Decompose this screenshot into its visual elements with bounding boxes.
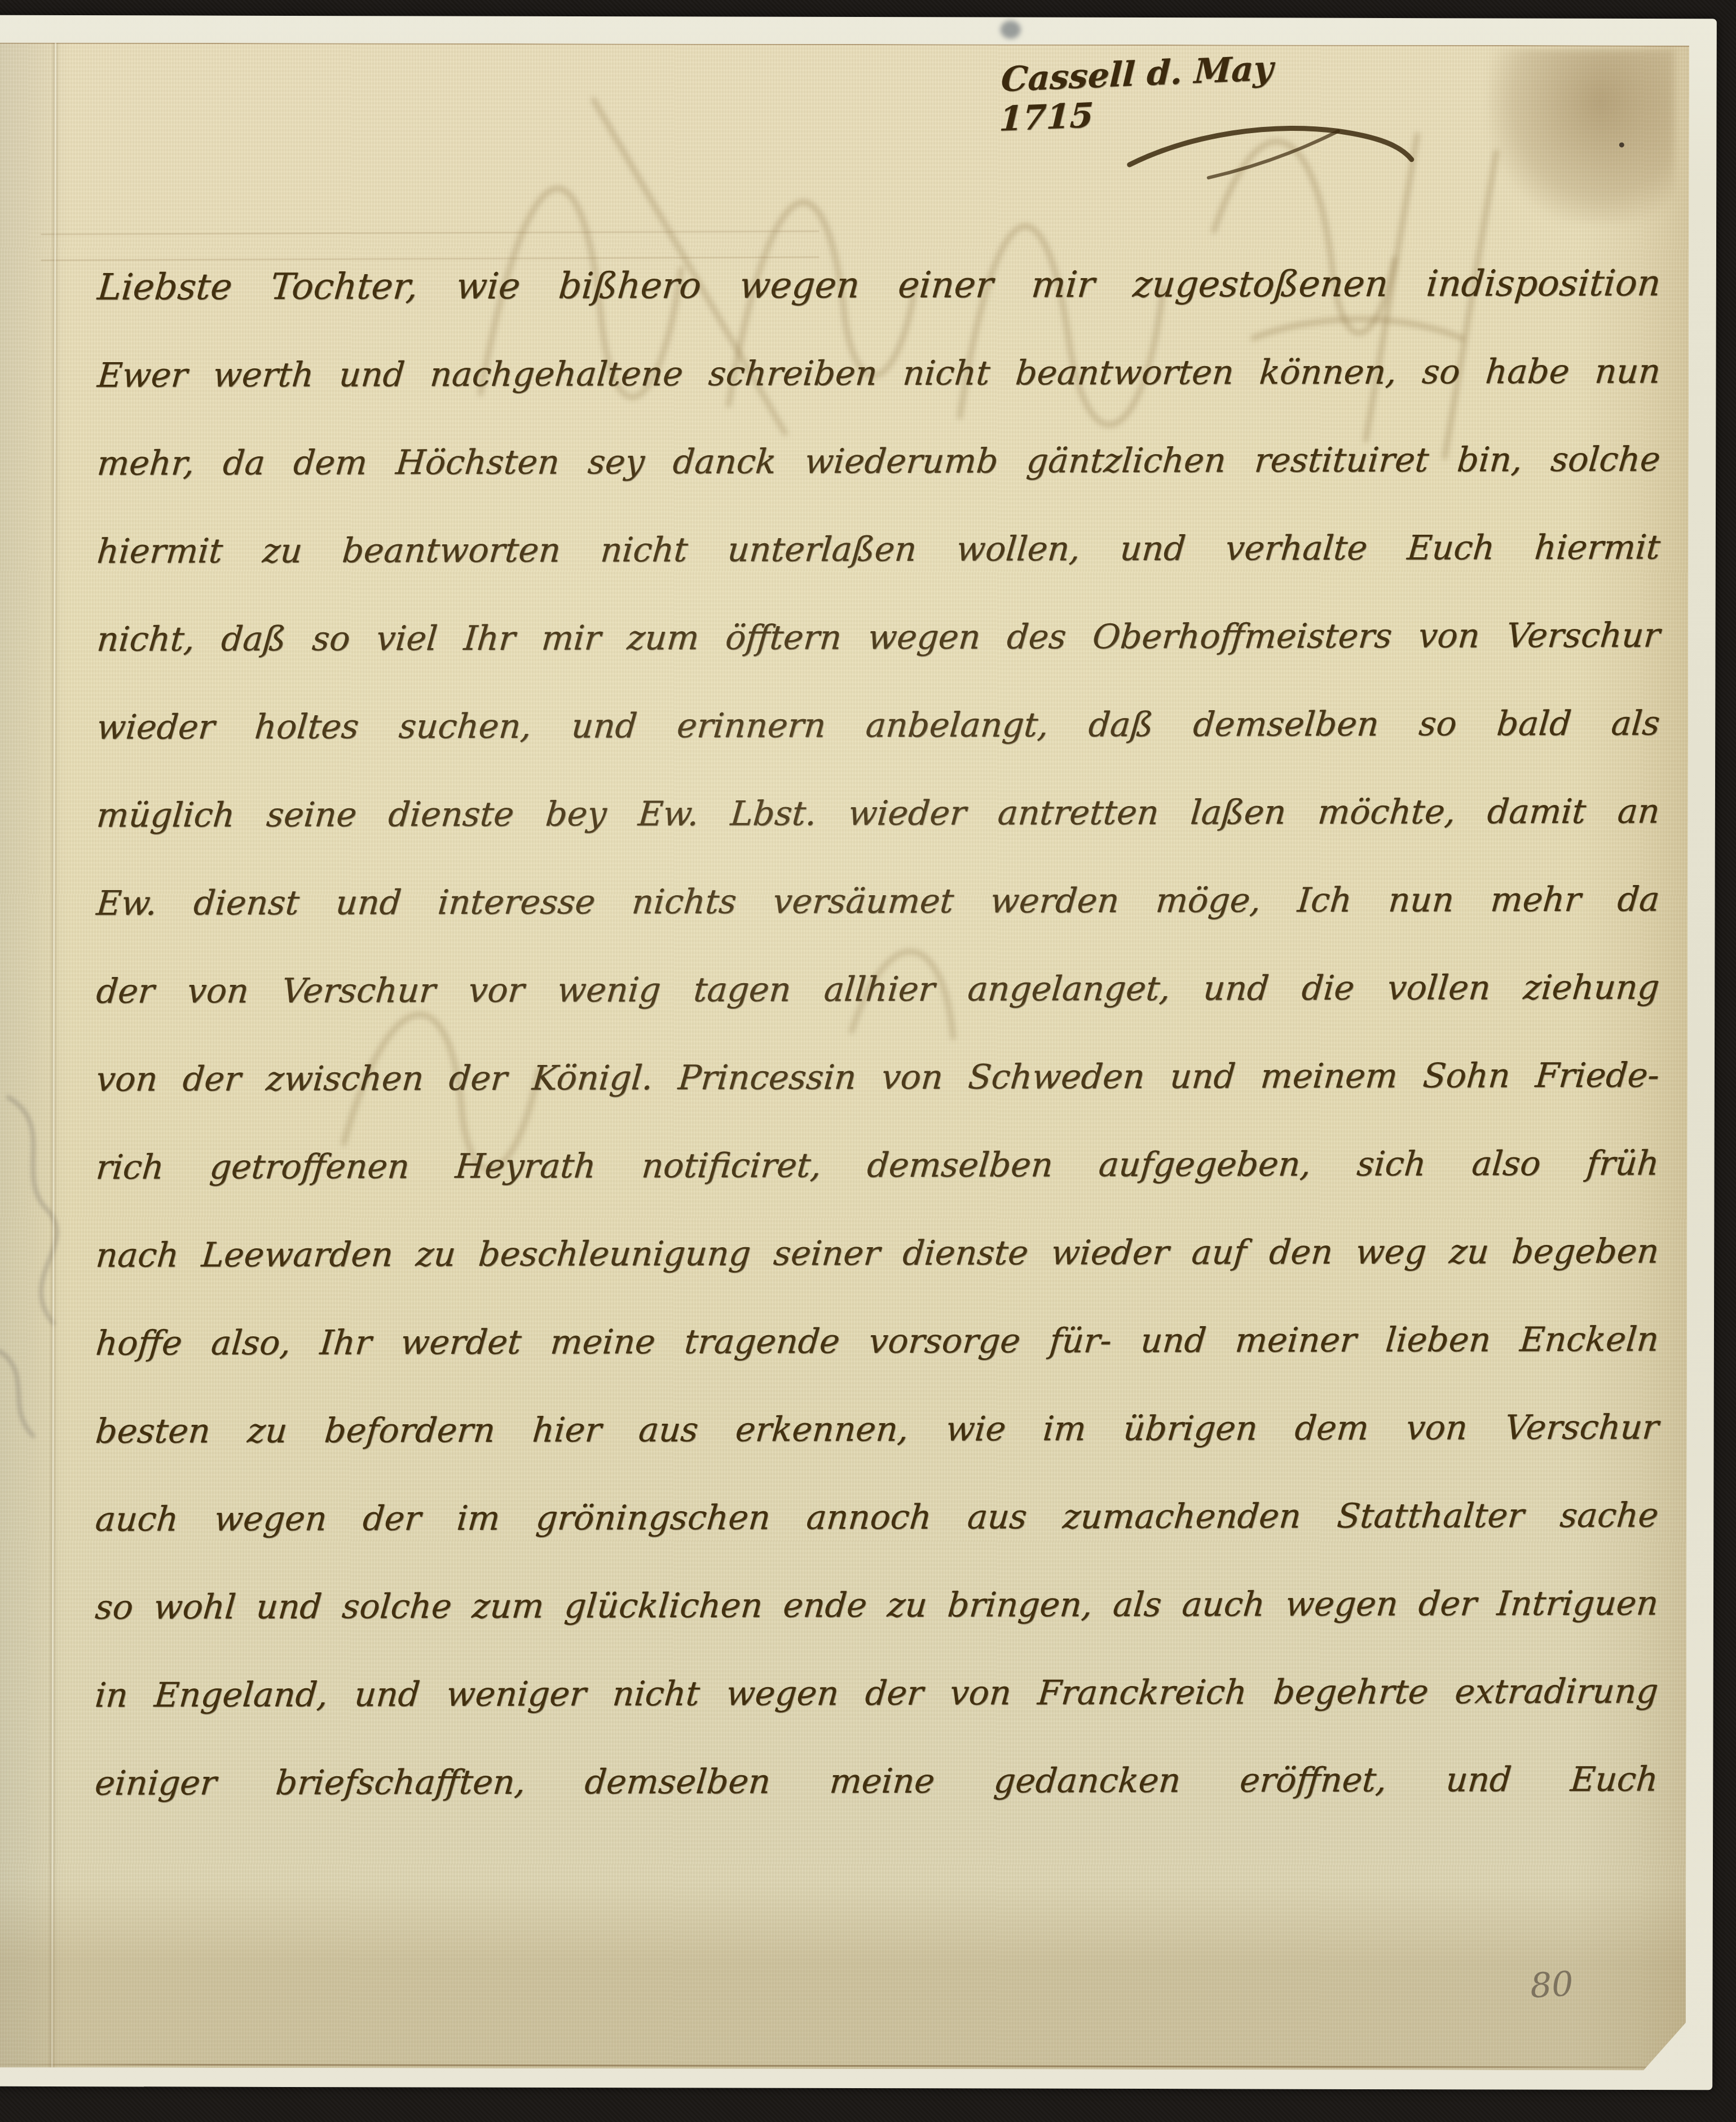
manuscript-line: müglich seine dienste bey Ew. Lbst. wied… bbox=[92, 778, 1663, 866]
manuscript-line: Ew. dienst und interesse nichts versäume… bbox=[92, 866, 1663, 954]
sheet-bottom-edge-line bbox=[0, 2063, 1686, 2068]
manuscript-line: in Engeland, und weniger nicht wegen der… bbox=[91, 1658, 1661, 1746]
manuscript-line: besten zu befordern hier aus erkennen, w… bbox=[91, 1394, 1662, 1482]
manuscript-line: auch wegen der im gröningschen annoch au… bbox=[91, 1482, 1662, 1570]
manuscript-line: einiger briefschafften, demselben meine … bbox=[91, 1746, 1661, 1834]
manuscript-line: rich getroffenen Heyrath notificiret, de… bbox=[92, 1130, 1662, 1218]
manuscript-line: nicht, daß so viel Ihr mir zum öfftern w… bbox=[92, 602, 1663, 690]
manuscript-line: hoffe also, Ihr werdet meine tragende vo… bbox=[91, 1306, 1662, 1394]
page-number: 80 bbox=[1529, 1964, 1574, 2006]
vertical-fold-crease bbox=[48, 43, 59, 2068]
manuscript-line: Ewer werth und nachgehaltene schreiben n… bbox=[93, 338, 1663, 426]
manuscript-line: von der zwischen der Königl. Princessin … bbox=[92, 1042, 1662, 1130]
gray-smudge bbox=[1001, 21, 1021, 39]
letter-sheet: Cassell d. May 1715 Liebste Tochter, wie… bbox=[0, 42, 1689, 2070]
manuscript-line: mehr, da dem Höchsten sey danck wiederum… bbox=[93, 426, 1663, 514]
manuscript-line: der von Verschur vor wenig tagen allhier… bbox=[92, 954, 1662, 1042]
manuscript-line: hiermit zu beantworten nicht unterlaßen … bbox=[93, 514, 1663, 602]
scan-bed: Cassell d. May 1715 Liebste Tochter, wie… bbox=[0, 0, 1736, 2122]
manuscript-line: Liebste Tochter, wie bißhero wegen einer… bbox=[93, 250, 1663, 338]
manuscript-line: so wohl und solche zum glücklichen ende … bbox=[91, 1570, 1661, 1658]
stain-top-right bbox=[1488, 49, 1675, 224]
manuscript-line: nach Leewarden zu beschleunigung seiner … bbox=[91, 1218, 1662, 1306]
dateline-underline-flourish bbox=[1124, 111, 1440, 191]
manuscript-line: wieder holtes suchen, und erinnern anbel… bbox=[92, 690, 1663, 778]
ink-fleck bbox=[1619, 142, 1624, 147]
